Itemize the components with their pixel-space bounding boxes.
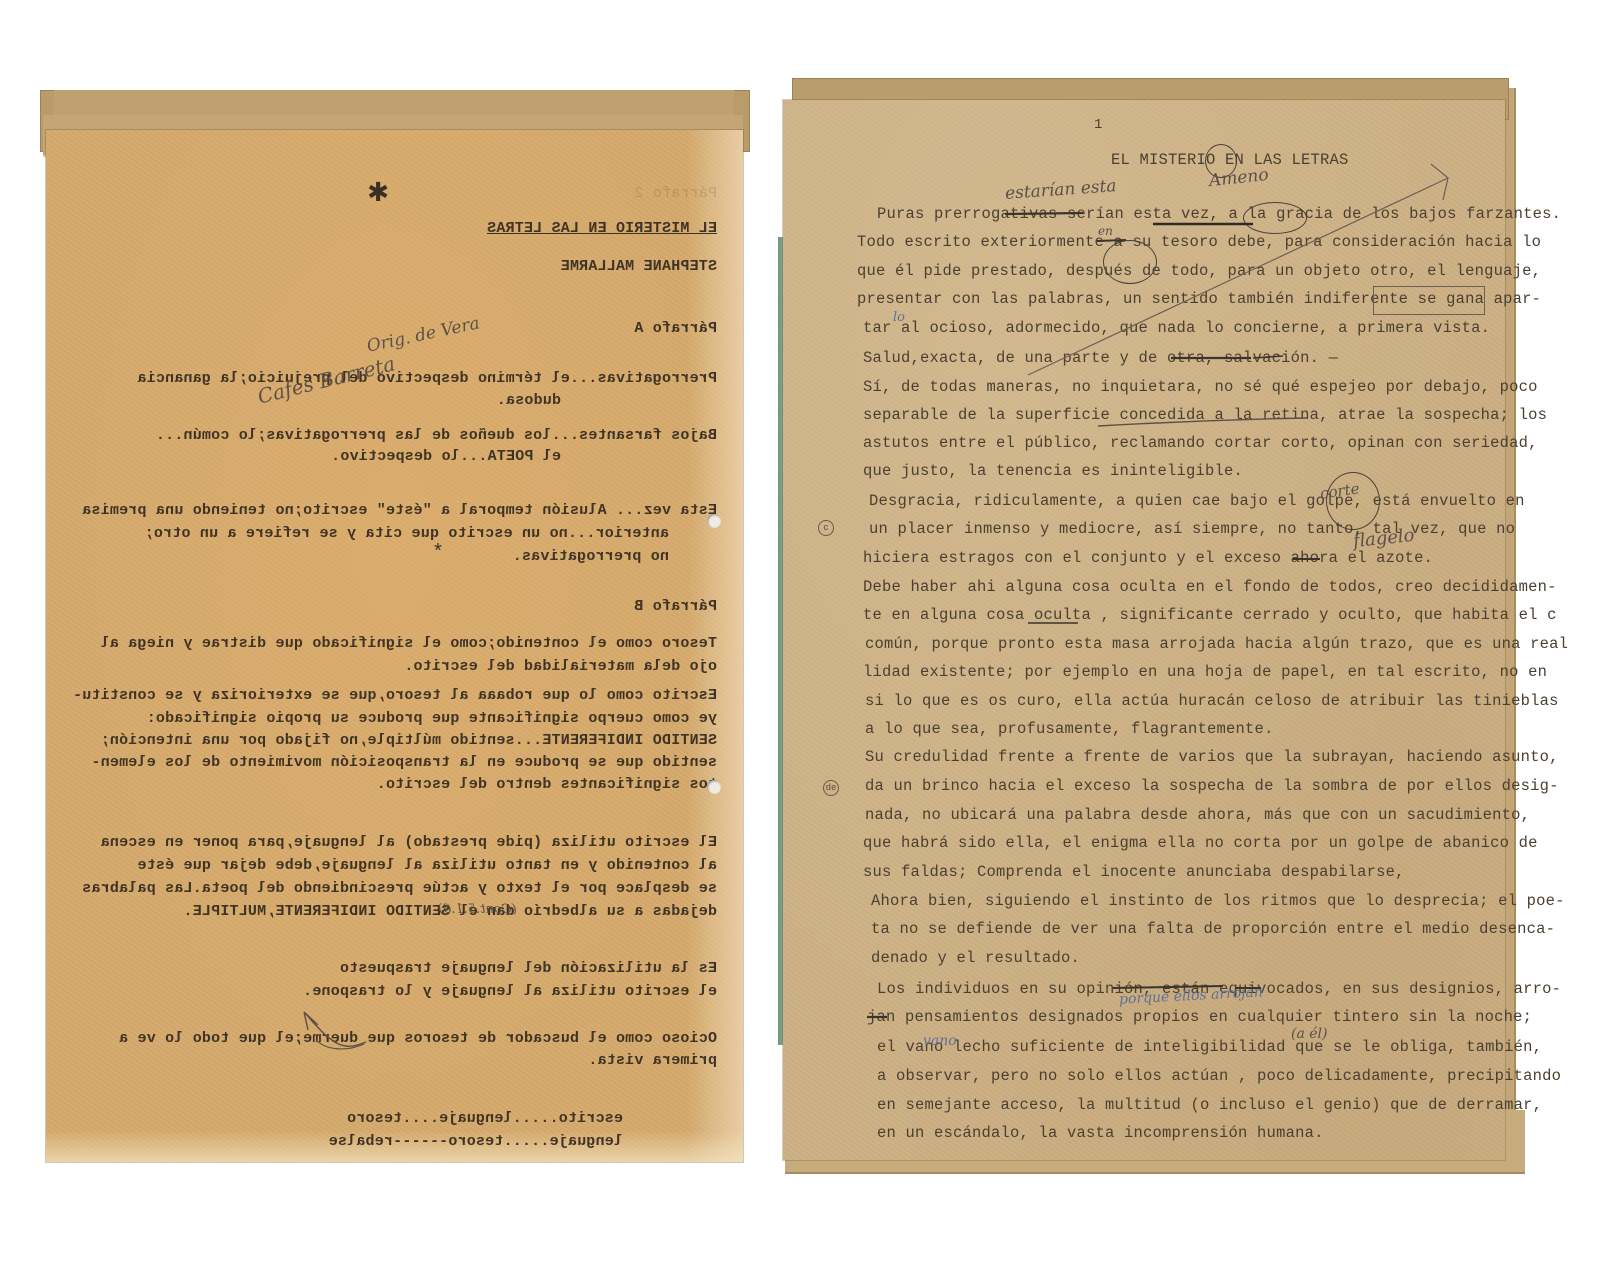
right-line: denado y el resultado. — [871, 949, 1080, 967]
left-manuscript-page: Párrafo 2 EL MISTERIO EN LAS LETRAS STEP… — [46, 130, 743, 1162]
handwritten-note: en — [1098, 224, 1113, 238]
right-line: ta no se defiende de ver una falta de pr… — [871, 920, 1555, 938]
left-line: al contenido y en tanto utiliza al lengu… — [137, 857, 717, 874]
header-mark: Párrafo 2 — [634, 185, 717, 202]
left-title: EL MISTERIO EN LAS LETRAS — [487, 220, 717, 237]
right-line: jan pensamientos designados propios en c… — [867, 1008, 1532, 1026]
left-line: Párrafo A — [634, 320, 717, 337]
right-line: hiciera estragos con el conjunto y el ex… — [863, 549, 1433, 567]
left-line: Escrito como lo que robaaa al tesoro,que… — [73, 687, 717, 704]
right-line: da un brinco hacia el exceso la sospecha… — [865, 777, 1559, 795]
left-line: tos significantes dentro del escrito. — [377, 776, 717, 793]
right-line: en semejante acceso, la multitud (o incl… — [877, 1096, 1542, 1114]
left-line: Tesoro como el contenido;como el signifi… — [101, 635, 718, 652]
punch-hole — [707, 514, 721, 528]
right-line: en un escándalo, la vasta incomprensión … — [877, 1124, 1324, 1142]
circle-mark — [1326, 472, 1380, 530]
right-line: sus faldas; Comprenda el inocente anunci… — [863, 863, 1405, 881]
handwritten-note: lo — [893, 310, 905, 325]
left-line: Esta vez... Alusión temporal a "éste" es… — [82, 502, 717, 519]
left-line: Es la utilización del lenguaje traspuest… — [340, 960, 717, 977]
left-line: el POETA...lo despectivo. — [331, 448, 561, 465]
left-line: Prerrogativas...el término despectivo de… — [137, 370, 717, 387]
right-line: tar al ocioso, adormecido, que nada lo c… — [863, 319, 1490, 337]
right-line: Puras prerrogativas serían esta vez, a l… — [877, 205, 1561, 223]
circle-mark — [1103, 240, 1157, 284]
left-line: primera vista. — [588, 1052, 717, 1069]
left-line: El escrito utiliza (pide prestado) al le… — [101, 834, 718, 851]
page-number: 1 — [1094, 117, 1103, 133]
right-line: Salud,exacta, de una parte y de otra, sa… — [863, 349, 1338, 367]
asterisk-mark-icon: ✱ — [368, 170, 388, 212]
right-line: Ahora bien, siguiendo el instinto de los… — [871, 892, 1565, 910]
left-line: anterior...no un escrito que cita y se r… — [145, 525, 669, 542]
left-line: el escrito utiliza al lenguaje y lo tras… — [303, 983, 717, 1000]
right-line: si lo que es os curo, ella actúa huracán… — [865, 692, 1559, 710]
right-line: te en alguna cosa oculta , significante … — [863, 606, 1557, 624]
left-line: lenguaje.....tesoro------rebalse — [329, 1133, 623, 1150]
right-line: que él pide prestado, después de todo, p… — [857, 262, 1541, 280]
right-line: el vano lecho suficiente de inteligibili… — [877, 1038, 1542, 1056]
handwritten-note: vano — [923, 1033, 957, 1049]
right-line: nada, no ubicará una palabra desde ahora… — [865, 806, 1530, 824]
margin-mark: c — [818, 520, 834, 536]
right-line: a observar, pero no solo ellos actúan , … — [877, 1067, 1561, 1085]
punch-hole — [707, 780, 721, 794]
right-line: Sí, de todas maneras, no inquietara, no … — [863, 378, 1538, 396]
right-line: lidad existente; por ejemplo en una hoja… — [863, 663, 1547, 681]
asterisk-mark-icon: * — [432, 542, 444, 565]
right-line: que justo, la tenencia es ininteligible. — [863, 462, 1243, 480]
left-line: Bajos farsantes...los dueños de las prer… — [156, 427, 717, 444]
right-line: Su credulidad frente a frente de varios … — [865, 748, 1559, 766]
left-line: se desplace por el texto y actúe prescin… — [82, 880, 717, 897]
left-line: ojo dela materialidad del escrito. — [404, 658, 717, 675]
right-line: Todo escrito exteriormente a su tesoro d… — [857, 233, 1541, 251]
left-line: no prerrogativas. — [513, 548, 669, 565]
handwritten-note: estarían esta — [1004, 176, 1117, 204]
left-line: sentido que se produce en la transposici… — [91, 754, 717, 771]
left-line: Ocioso como el buscador de tesoros que d… — [119, 1030, 717, 1047]
left-line: ye como cuerpo significante que produce … — [147, 710, 718, 727]
right-line: a lo que sea, profusamente, flagrantemen… — [865, 720, 1274, 738]
margin-mark: de — [823, 780, 839, 796]
right-manuscript-page: 1 EL MISTERIO EN LAS LETRAS Puras prerro… — [783, 100, 1505, 1160]
handwritten-note: (Cont.5.1.6) — [438, 902, 517, 917]
box-mark — [1373, 286, 1485, 315]
left-line: Párrafo B — [634, 598, 717, 615]
right-line: Desgracia, ridiculamente, a quien cae ba… — [869, 492, 1525, 510]
right-line: separable de la superficie concedida a l… — [863, 406, 1547, 424]
right-line: común, porque pronto esta masa arrojada … — [865, 635, 1568, 653]
right-line: un placer inmenso y mediocre, así siempr… — [869, 520, 1515, 538]
handwritten-note: (a él) — [1291, 1026, 1327, 1042]
right-line: astutos entre el público, reclamando cor… — [863, 434, 1538, 452]
mirrored-text-layer: Párrafo 2 EL MISTERIO EN LAS LETRAS STEP… — [46, 130, 743, 1162]
right-line: que habrá sido ella, el enigma ella no c… — [863, 834, 1538, 852]
circle-mark — [1243, 202, 1307, 234]
left-author: STEPHANE MALLARME — [561, 258, 717, 275]
left-line: SENTIDO INDIFERENTE...sentido múltiple,n… — [101, 732, 718, 749]
left-line: dudosa. — [497, 392, 561, 409]
right-line: Debe haber ahi alguna cosa oculta en el … — [863, 578, 1557, 596]
left-line: escrito.....lenguaje....tesoro — [347, 1110, 623, 1127]
